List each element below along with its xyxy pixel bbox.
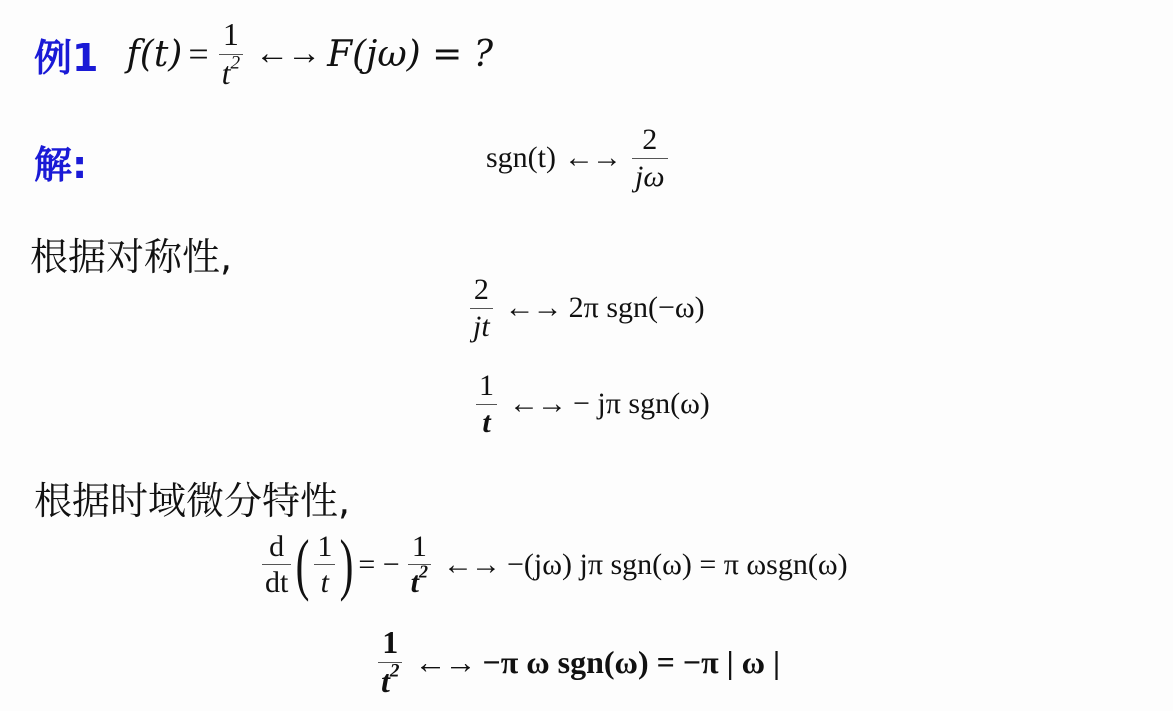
fraction-bar [262, 564, 291, 565]
equation-result: 1 t2 ←→ −π ω sgn(ω) = −π | ω | [374, 626, 780, 698]
eq4-inner-den: t [318, 567, 332, 599]
transform-arrow-icon: ←→ [509, 387, 565, 421]
eq1-den: jω [632, 161, 668, 193]
eq5-num: 1 [379, 626, 401, 660]
solution-label: 解: [34, 134, 87, 189]
equation-symmetry-2: 1 t ←→ − jπ sgn(ω) [472, 370, 710, 438]
eq5-rhs: −π ω sgn(ω) = −π | ω | [482, 644, 780, 681]
problem-lhs: f(t) [126, 34, 182, 75]
fraction-bar [632, 158, 668, 159]
fraction-bar [476, 404, 497, 405]
example-label: 例1 [34, 27, 98, 82]
section-diff-heading: 根据时域微分特性, [34, 470, 350, 525]
problem-fraction: 1 t2 [219, 18, 243, 90]
eq2-rhs: 2π sgn(−ω) [569, 291, 705, 325]
transform-arrow-icon: ←→ [414, 644, 474, 681]
eq4-fraction: 1 t2 [408, 531, 431, 599]
problem-den: t2 [219, 57, 243, 91]
fraction-bar [314, 564, 335, 565]
left-paren: ( [296, 530, 310, 599]
transform-arrow-icon: ←→ [443, 548, 499, 582]
eq4-d-num: d [266, 531, 287, 563]
equation-sgn: sgn(t) ←→ 2 jω [486, 124, 672, 192]
problem-num: 1 [220, 18, 242, 52]
eq4-d-den: dt [262, 567, 291, 599]
fraction-bar [470, 308, 493, 309]
eq3-num: 1 [476, 370, 497, 402]
eq1-lhs: sgn(t) [486, 141, 556, 175]
eq5-fraction: 1 t2 [378, 626, 402, 698]
eq4-num: 1 [409, 531, 430, 563]
derivative-operator: d dt [262, 531, 291, 599]
eq3-fraction: 1 t [476, 370, 497, 438]
transform-arrow-icon: ←→ [505, 291, 561, 325]
section-symmetry-heading: 根据对称性, [30, 226, 232, 281]
problem-rhs: F(jω) = ? [327, 34, 493, 75]
right-paren: ) [340, 530, 354, 599]
eq4-eq: = − [358, 548, 399, 582]
eq2-den: jt [470, 311, 493, 343]
eq4-inner-num: 1 [314, 531, 335, 563]
eq2-num: 2 [471, 274, 492, 306]
eq3-den: t [479, 407, 493, 439]
equation-differentiation: d dt ( 1 t ) = − 1 t2 ←→ −(jω) jπ sgn(ω)… [258, 530, 848, 599]
eq4-den: t2 [408, 567, 431, 599]
eq2-fraction: 2 jt [470, 274, 493, 342]
example-line: 例1 f(t) = 1 t2 ←→ F(jω) = ? [34, 14, 493, 94]
eq4-rhs: −(jω) jπ sgn(ω) = π ωsgn(ω) [507, 548, 848, 582]
eq5-den: t2 [378, 665, 402, 699]
eq1-fraction: 2 jω [632, 124, 668, 192]
transform-arrow-icon: ←→ [255, 35, 319, 73]
eq3-rhs: − jπ sgn(ω) [573, 387, 710, 421]
eq4-inner-fraction: 1 t [314, 531, 335, 599]
eq1-num: 2 [639, 124, 660, 156]
equation-symmetry-1: 2 jt ←→ 2π sgn(−ω) [466, 274, 705, 342]
transform-arrow-icon: ←→ [564, 141, 620, 175]
problem-eq: = [188, 33, 208, 75]
